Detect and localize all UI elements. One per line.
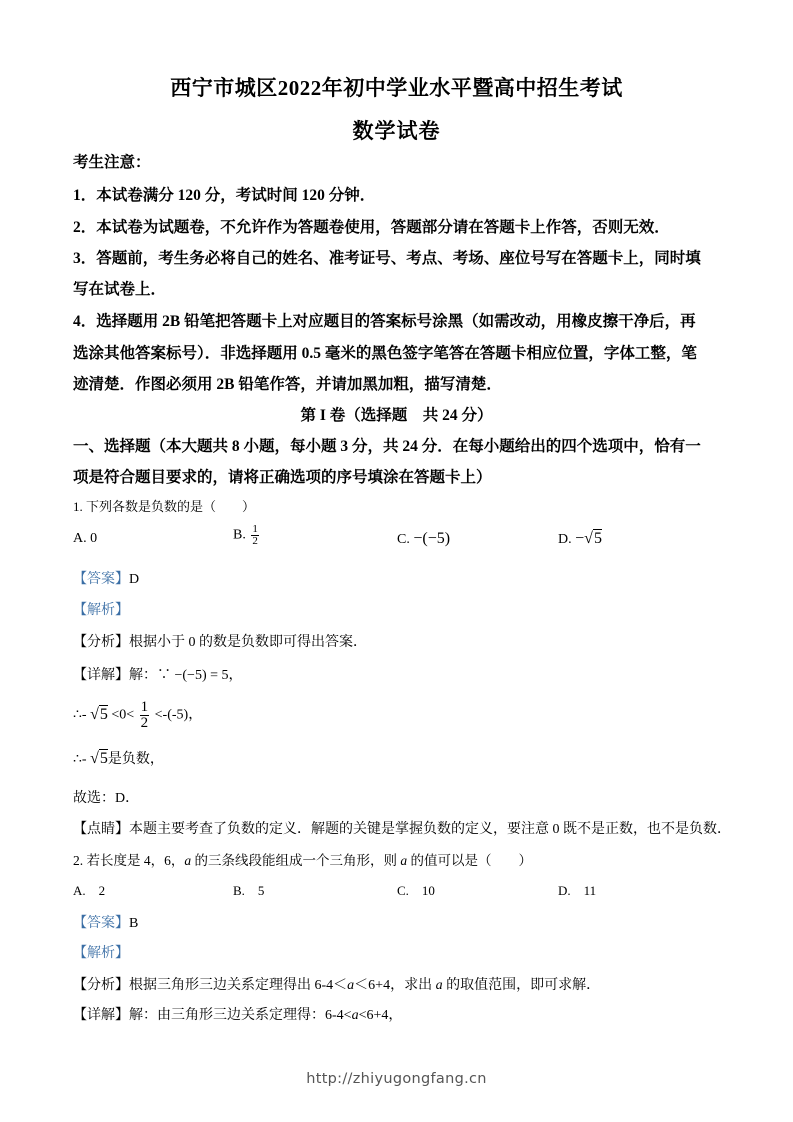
- notice-item-4-cont: 选涂其他答案标号）．非选择题用 0.5 毫米的黑色签字笔答在答题卡相应位置，字体…: [73, 341, 697, 363]
- fraction-one-half: 12: [251, 524, 259, 547]
- question-1-answer: 【答案】D: [73, 568, 139, 588]
- question-1-stem: 1. 下列各数是负数的是（ ）: [73, 496, 255, 515]
- notice-item-4: 4．选择题用 2B 铅笔把答题卡上对应题目的答案标号涂黑（如需改动，用橡皮擦干净…: [73, 309, 696, 331]
- question-1-option-b: B. 12: [233, 524, 261, 547]
- exam-title: 西宁市城区2022年初中学业水平暨高中招生考试: [0, 72, 793, 102]
- question-1-xiangjie: 【详解】解：∵ −(−5) = 5，: [73, 664, 243, 684]
- section-intro-line1: 一、选择题（本大题共 8 小题，每小题 3 分，共 24 分．在每小题给出的四个…: [73, 434, 701, 456]
- footer-url[interactable]: http://zhiyugongfang.cn: [0, 1071, 793, 1087]
- notice-item-3-cont: 写在试卷上．: [73, 277, 166, 299]
- notice-item-4-cont2: 迹清楚．作图必须用 2B 铅笔作答，并请加黑加粗，描写清楚．: [73, 372, 502, 394]
- question-2-option-b: B. 5: [233, 880, 264, 899]
- question-2-option-d: D. 11: [558, 880, 596, 899]
- question-2-analysis-tag: 【解析】: [73, 942, 129, 962]
- question-2-option-c: C. 10: [397, 880, 435, 899]
- sqrt-symbol: √5: [584, 530, 602, 548]
- answer-tag: 【答案】: [73, 572, 129, 587]
- section-intro-line2: 项是符合题目要求的，请将正确选项的序号填涂在答题卡上）: [73, 465, 492, 487]
- question-2-xiangjie: 【详解】解：由三角形三边关系定理得：6-4<a<6+4，: [73, 1004, 402, 1024]
- part1-heading: 第 I 卷（选择题 共 24 分）: [0, 403, 793, 425]
- question-2-answer: 【答案】B: [73, 912, 138, 932]
- question-1-inequality: ∴- √5 <0< 12 <-(-5)，: [73, 700, 202, 731]
- question-1-fenxi: 【分析】根据小于 0 的数是负数即可得出答案．: [73, 631, 367, 651]
- question-1-choice: 故选：D．: [73, 787, 139, 807]
- exam-subtitle: 数学试卷: [0, 115, 793, 145]
- question-1-option-c: C. −(−5): [397, 530, 450, 548]
- notice-heading: 考生注意：: [73, 150, 151, 172]
- question-2-option-a: A. 2: [73, 880, 105, 899]
- question-1-analysis-tag: 【解析】: [73, 599, 129, 619]
- notice-item-2: 2．本试卷为试题卷，不允许作为答题卷使用，答题部分请在答题卡上作答，否则无效．: [73, 215, 670, 237]
- question-2-fenxi: 【分析】根据三角形三边关系定理得出 6-4＜a＜6+4，求出 a 的取值范围，即…: [73, 974, 600, 994]
- fraction-one-half: 12: [140, 700, 150, 731]
- question-1-dianjing: 【点睛】本题主要考查了负数的定义．解题的关键是掌握负数的定义，要注意 0 既不是…: [73, 818, 731, 838]
- question-1-conclusion: ∴- √5是负数，: [73, 748, 164, 768]
- notice-item-1: 1．本试卷满分 120 分，考试时间 120 分钟．: [73, 183, 375, 205]
- question-1-option-d: D. −√5: [558, 530, 602, 548]
- answer-tag: 【答案】: [73, 916, 129, 931]
- question-2-stem: 2. 若长度是 4，6，a 的三条线段能组成一个三角形，则 a 的值可以是（ ）: [73, 849, 532, 869]
- notice-item-3: 3．答题前，考生务必将自己的姓名、准考证号、考点、考场、座位号写在答题卡上，同时…: [73, 246, 701, 268]
- question-1-option-a: A. 0: [73, 531, 97, 547]
